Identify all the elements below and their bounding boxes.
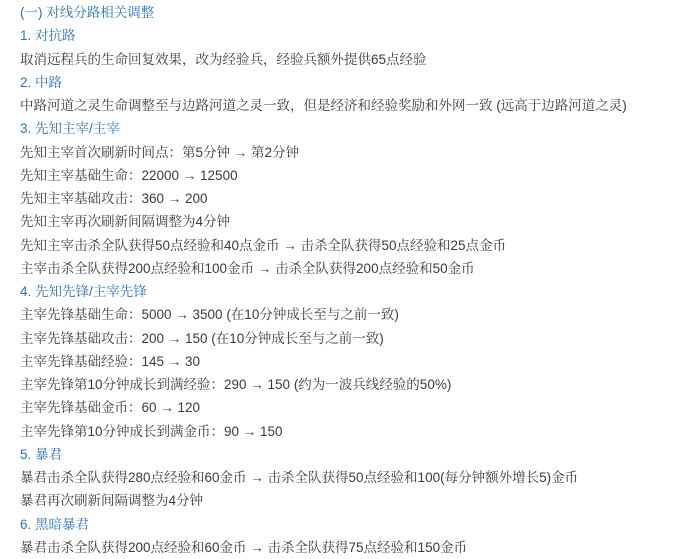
section-heading: 4. 先知先锋/主宰先锋 [20,280,669,303]
patch-note-line: 主宰先锋基础金币：60 → 120 [20,396,669,419]
patch-note-line: 先知主宰基础攻击：360 → 200 [20,187,669,210]
patch-note-line: 先知主宰基础生命：22000 → 12500 [20,164,669,187]
patch-note-line: 暴君击杀全队获得280点经验和60金币 → 击杀全队获得50点经验和100(每分… [20,466,669,489]
patch-notes-document: (一) 对线分路相关调整1. 对抗路取消远程兵的生命回复效果，改为经验兵，经验兵… [0,0,677,559]
section-heading: 6. 黑暗暴君 [20,513,669,536]
patch-note-line: 暴君再次刷新间隔调整为4分钟 [20,489,669,512]
patch-note-line: 主宰先锋基础经验：145 → 30 [20,350,669,373]
patch-note-line: 先知主宰击杀全队获得50点经验和40点金币 → 击杀全队获得50点经验和25点金… [20,234,669,257]
patch-note-line: 主宰击杀全队获得200点经验和100金币 → 击杀全队获得200点经验和50金币 [20,257,669,280]
section-heading: (一) 对线分路相关调整 [20,1,669,24]
section-heading: 5. 暴君 [20,443,669,466]
patch-note-line: 中路河道之灵生命调整至与边路河道之灵一致，但是经济和经验奖励和外网一致 (远高于… [20,94,669,117]
patch-note-line: 先知主宰再次刷新间隔调整为4分钟 [20,210,669,233]
patch-note-line: 先知主宰首次刷新时间点：第5分钟 → 第2分钟 [20,141,669,164]
patch-note-line: 主宰先锋第10分钟成长到满经验：290 → 150 (约为一波兵线经验的50%) [20,373,669,396]
patch-note-line: 取消远程兵的生命回复效果，改为经验兵，经验兵额外提供65点经验 [20,48,669,71]
section-heading: 3. 先知主宰/主宰 [20,117,669,140]
patch-note-line: 主宰先锋第10分钟成长到满金币：90 → 150 [20,420,669,443]
patch-note-line: 主宰先锋基础攻击：200 → 150 (在10分钟成长至与之前一致) [20,327,669,350]
patch-note-line: 主宰先锋基础生命：5000 → 3500 (在10分钟成长至与之前一致) [20,303,669,326]
section-heading: 1. 对抗路 [20,24,669,47]
patch-note-line: 暴君击杀全队获得200点经验和60金币 → 击杀全队获得75点经验和150金币 [20,536,669,559]
section-heading: 2. 中路 [20,71,669,94]
